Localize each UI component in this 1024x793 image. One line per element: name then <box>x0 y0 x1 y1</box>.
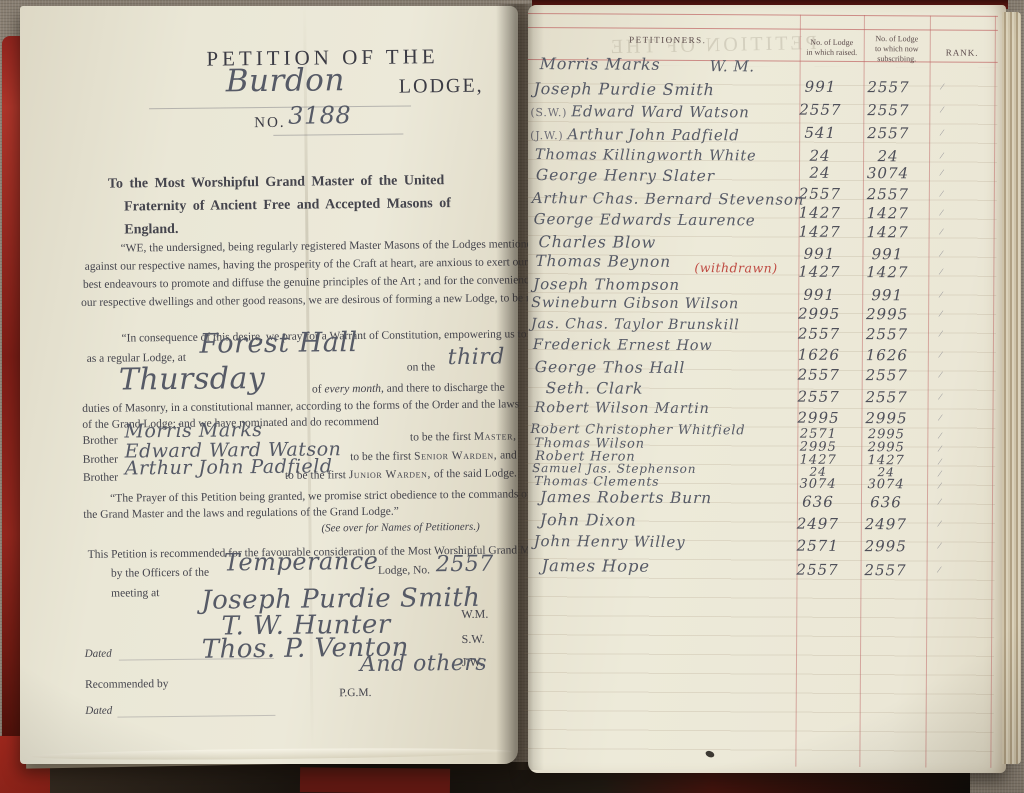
petitioner-name-text: George Thos Hall <box>535 358 685 377</box>
lodge-raised-number: 991 <box>788 286 850 304</box>
month-line-post: , and there to discharge the <box>381 382 505 395</box>
rank-mark: ∕ <box>941 105 943 115</box>
petitioner-name-text: Arthur John Padfield <box>567 125 739 144</box>
lodge-subscribing-number: 2995 <box>855 537 917 555</box>
petitioner-name-text: James Roberts Burn <box>540 488 712 507</box>
petitioner-name: Jas. Chas. Taylor Brunskill <box>531 316 740 333</box>
lodge-subscribing-number: 2557 <box>854 561 916 579</box>
lodge-no-label: Lodge, No. <box>378 564 430 577</box>
lodge-raised-number: 991 <box>789 78 851 96</box>
rank-mark: ∕ <box>939 497 941 507</box>
column-header-petitioners: PETITIONERS. <box>558 34 778 45</box>
brother-label: Brother <box>82 435 117 447</box>
rank-mark: ∕ <box>939 444 941 454</box>
pgm-label: P.G.M. <box>339 687 371 699</box>
lodge-subscribing-number: 1626 <box>856 346 918 364</box>
petitioner-name: (J.W.)Arthur John Padfield <box>530 125 739 144</box>
petitioner-name-text: John Dixon <box>540 510 637 530</box>
petitioner-name-text: Frederick Ernest How <box>533 337 713 354</box>
column-header-subscribing: No. of Lodge to which now subscribing. <box>864 34 930 64</box>
table-top-rule <box>528 13 998 17</box>
lodge-raised-number: 2571 <box>787 537 849 555</box>
petitioner-name-text: Jas. Chas. Taylor Brunskill <box>531 316 740 333</box>
rank-mark: ∕ <box>941 189 943 199</box>
office-pre: to be the first <box>410 431 474 444</box>
petitioner-name: John Dixon <box>540 510 637 530</box>
salutation-line: England. <box>124 222 178 239</box>
petitioner-name: James Hope <box>542 556 650 576</box>
rank-mark: ∕ <box>940 309 942 319</box>
rank-mark: ∕ <box>940 249 942 259</box>
petitioner-name-text: George Henry Slater <box>536 166 715 185</box>
lodge-subscribing-number: 2995 <box>856 305 918 323</box>
rank-mark: ∕ <box>940 290 942 300</box>
petitioner-name-text: Thomas Beynon <box>535 252 671 271</box>
lodge-subscribing-number: 1427 <box>856 263 918 281</box>
petitioner-name-text: Swineburn Gibson Wilson <box>531 295 739 312</box>
rank-mark: ∕ <box>941 151 943 161</box>
lodge-raised-number: 24 <box>789 164 851 182</box>
lodge-raised-number: 2995 <box>788 305 850 323</box>
brother-label: Brother <box>83 472 118 484</box>
petitioner-name: Joseph Thompson <box>533 275 680 294</box>
opening-paragraph-line: best endeavours to promote and diffuse t… <box>83 274 548 291</box>
petitioner-name: Swineburn Gibson Wilson <box>531 295 739 312</box>
opening-paragraph-line: our respective dwellings and other good … <box>81 292 557 309</box>
recommended-by-label: Recommended by <box>85 678 168 691</box>
lodge-raised-number: 636 <box>787 493 849 511</box>
lodge-subscribing-number: 2557 <box>856 325 918 343</box>
prayer-line: “The Prayer of this Petition being grant… <box>110 488 531 504</box>
recommending-lodge-number-handwritten: 2557 <box>436 552 494 578</box>
lodge-raised-number: 2995 <box>787 409 849 427</box>
opening-paragraph-line: against our respective names, having the… <box>85 256 528 273</box>
petitioner-name: Morris Marks <box>540 54 661 74</box>
petitioner-name: Robert Wilson Martin <box>534 400 709 417</box>
rank-mark: ∕ <box>940 392 942 402</box>
petitioner-name: George Henry Slater <box>536 166 715 185</box>
petitioner-name: George Edwards Laurence <box>534 210 756 229</box>
left-page-content: PETITION OF THE Burdon LODGE, NO. 3188 T… <box>20 2 526 765</box>
petitioner-rank-prefix: (J.W.) <box>530 129 563 142</box>
petitioner-name-text: Joseph Thompson <box>533 275 680 294</box>
petitioner-name: Thomas Killingworth White <box>535 147 756 164</box>
petitioner-name: Seth. Clark <box>546 379 644 398</box>
rank-mark: ∕ <box>939 457 941 467</box>
petitioner-name: Frederick Ernest How <box>533 337 713 354</box>
rank-mark: ∕ <box>939 519 941 529</box>
petitioner-name: Thomas Beynon <box>535 252 671 271</box>
table-vertical-line-4 <box>990 16 996 768</box>
brother-office-line: to be the first Junior Warden, of the sa… <box>225 467 517 482</box>
lodge-raised-number: 2497 <box>787 515 849 533</box>
lodge-raised-number: 2557 <box>788 325 850 343</box>
lodge-raised-number: 991 <box>788 245 850 263</box>
brother-label: Brother <box>83 454 118 466</box>
photographed-petition-book: PETITION OF THE Burdon LODGE, NO. 3188 T… <box>0 0 1024 793</box>
lodge-subscribing-number: 636 <box>855 493 917 511</box>
month-line: of every month, and there to discharge t… <box>312 382 505 396</box>
petitioner-name-text: Thomas Clements <box>534 473 659 489</box>
office-pre: to be the first <box>350 450 414 463</box>
lodge-subscribing-number: 2557 <box>857 78 919 96</box>
consequence-line-4: duties of Masonry, in a constitutional m… <box>82 398 519 415</box>
lodge-subscribing-number: 2497 <box>855 515 917 533</box>
weekday-handwritten: Thursday <box>119 361 266 398</box>
page-stack-right-edge <box>1002 12 1021 764</box>
office-title: Master, <box>474 430 517 442</box>
lodge-raised-number: 1427 <box>789 223 851 241</box>
lodge-raised-number: 2557 <box>787 561 849 579</box>
lodge-raised-number: 1626 <box>788 346 850 364</box>
rank-mark: ∕ <box>941 82 943 92</box>
petitioner-name-text: Seth. Clark <box>546 379 644 398</box>
lodge-number-handwritten: 3188 <box>288 101 351 130</box>
office-pre: to be the first <box>285 469 349 482</box>
office-title: Junior Warden, <box>349 468 431 481</box>
rank-mark: ∕ <box>939 469 941 479</box>
on-the-label: on the <box>407 361 436 373</box>
petitioner-name-text: George Edwards Laurence <box>534 210 756 229</box>
salutation-line: To the Most Worshipful Grand Master of t… <box>108 173 445 193</box>
rank-mark: ∕ <box>939 565 941 575</box>
rank-mark: ∕ <box>940 267 942 277</box>
petitioners-table: PETITION OF THE PETITIONERS. No. of Lodg… <box>523 5 1006 776</box>
lodge-raised-number: 2557 <box>788 388 850 406</box>
dated-label-2: Dated <box>85 705 112 717</box>
dated-label-1: Dated <box>85 648 112 660</box>
petitioner-name-text: John Henry Willey <box>534 532 686 551</box>
petitioner-name-text: Arthur Chas. Bernard Stevenson <box>532 189 805 209</box>
petitioner-name: John Henry Willey <box>534 532 686 551</box>
rank-mark: ∕ <box>941 208 943 218</box>
rank-mark: ∕ <box>941 168 943 178</box>
every-month-italic: every month <box>324 383 381 396</box>
rank-mark: ∕ <box>941 128 943 138</box>
signature-office-label: W.M. <box>461 607 488 622</box>
lodge-subscribing-number: 2995 <box>855 409 917 427</box>
table-vertical-line-3 <box>925 15 931 767</box>
month-line-pre: of <box>312 383 325 395</box>
number-underline-rule <box>273 134 403 136</box>
lodge-subscribing-number: 3074 <box>855 477 917 492</box>
petitioner-name: Thomas Clements <box>534 473 659 489</box>
opening-paragraph-line: “WE, the undersigned, being regularly re… <box>120 238 537 254</box>
office-post: and <box>497 449 517 461</box>
meeting-place-handwritten: Forest Hall <box>199 327 357 360</box>
lodge-raised-number: 541 <box>789 124 851 142</box>
recommendation-line-2: by the Officers of the <box>111 567 209 580</box>
lodge-subscribing-number: 2557 <box>856 366 918 384</box>
lodge-word: LODGE, <box>399 75 484 99</box>
salutation-line: Fraternity of Ancient Free and Accepted … <box>124 196 451 215</box>
lodge-subscribing-number: 1427 <box>857 223 919 241</box>
lodge-raised-number: 24 <box>789 147 851 165</box>
rank-mark: ∕ <box>939 541 941 551</box>
rank-mark: ∕ <box>939 413 941 423</box>
office-post: of the said Lodge. <box>431 467 517 480</box>
rank-mark: ∕ <box>939 481 941 491</box>
recommending-lodge-handwritten: Temperance <box>224 547 379 577</box>
lodge-subscribing-number: 2557 <box>857 124 919 142</box>
prayer-line: the Grand Master and the laws and regula… <box>83 506 399 521</box>
lodge-subscribing-number: 24 <box>857 147 919 165</box>
petitioner-name-text: Robert Wilson Martin <box>534 400 709 417</box>
petitioner-rank-prefix: (S.W.) <box>530 106 567 119</box>
lodge-subscribing-number: 3074 <box>857 164 919 182</box>
rank-mark: ∕ <box>940 350 942 360</box>
lodge-subscribing-number: 991 <box>856 245 918 263</box>
petitioner-name-text: Joseph Purdie Smith <box>533 79 714 99</box>
rank-mark: ∕ <box>940 370 942 380</box>
rank-mark: ∕ <box>939 431 941 441</box>
petitioner-name-text: Thomas Killingworth White <box>535 147 756 164</box>
lodge-raised-number: 2557 <box>789 101 851 119</box>
ink-stain <box>705 750 716 759</box>
lodge-subscribing-number: 2557 <box>856 388 918 406</box>
name-underline-rule <box>149 105 411 109</box>
withdrawn-note: (withdrawn) <box>694 260 777 276</box>
lodge-subscribing-number: 2557 <box>857 185 919 203</box>
and-others-handwritten: And others <box>360 651 487 677</box>
petitioner-name-text: James Hope <box>542 556 650 576</box>
page-bottom-curl <box>32 746 512 761</box>
meeting-at-label: meeting at <box>111 587 159 600</box>
rank-mark: ∕ <box>940 329 942 339</box>
lodge-name-handwritten: Burdon <box>226 62 345 99</box>
petitioner-name-text: Charles Blow <box>538 232 656 252</box>
lodge-raised-number: 2557 <box>788 366 850 384</box>
lodge-raised-number: 1427 <box>789 204 851 222</box>
column-header-raised: No. of Lodge in which raised. <box>800 38 864 58</box>
book-cover-bottom-glimpse <box>300 767 450 793</box>
petitioner-name: George Thos Hall <box>535 358 685 377</box>
petitioner-name: Arthur Chas. Bernard Stevenson <box>532 189 805 209</box>
lodge-subscribing-number: 1427 <box>857 204 919 222</box>
lodge-raised-number: 3074 <box>787 477 849 492</box>
lodge-raised-number: 1427 <box>788 263 850 281</box>
dated-rule-2 <box>117 715 275 718</box>
office-title: Senior Warden, <box>414 450 497 463</box>
ordinal-handwritten: third <box>448 345 505 371</box>
see-over-note: (See over for Names of Petitioners.) <box>321 521 479 535</box>
signature-office-label: S.W. <box>462 632 485 647</box>
lodge-subscribing-number: 2557 <box>857 101 919 119</box>
brother-office-line: to be the first Master, <box>314 430 516 444</box>
petitioner-office-note: W. M. <box>710 57 755 75</box>
petitioner-rows: Morris MarksW. M.Joseph Purdie Smith9912… <box>528 5 1006 8</box>
lodge-subscribing-number: 991 <box>856 286 918 304</box>
petitioner-name: Charles Blow <box>538 232 656 252</box>
column-header-rank: RANK. <box>930 47 995 57</box>
petitioner-name-text: Morris Marks <box>540 54 661 74</box>
right-page: PETITION OF THE PETITIONERS. No. of Lodg… <box>528 5 1006 773</box>
left-page: PETITION OF THE Burdon LODGE, NO. 3188 T… <box>20 6 518 764</box>
petitioner-name: James Roberts Burn <box>540 488 712 507</box>
rank-mark: ∕ <box>941 227 943 237</box>
number-label: NO. <box>254 115 286 132</box>
petitioner-name: (S.W.)Edward Ward Watson <box>530 102 749 121</box>
table-header-top-rule <box>528 27 998 31</box>
petitioner-name: Joseph Purdie Smith <box>533 79 714 99</box>
petitioner-name-text: Edward Ward Watson <box>571 102 749 121</box>
